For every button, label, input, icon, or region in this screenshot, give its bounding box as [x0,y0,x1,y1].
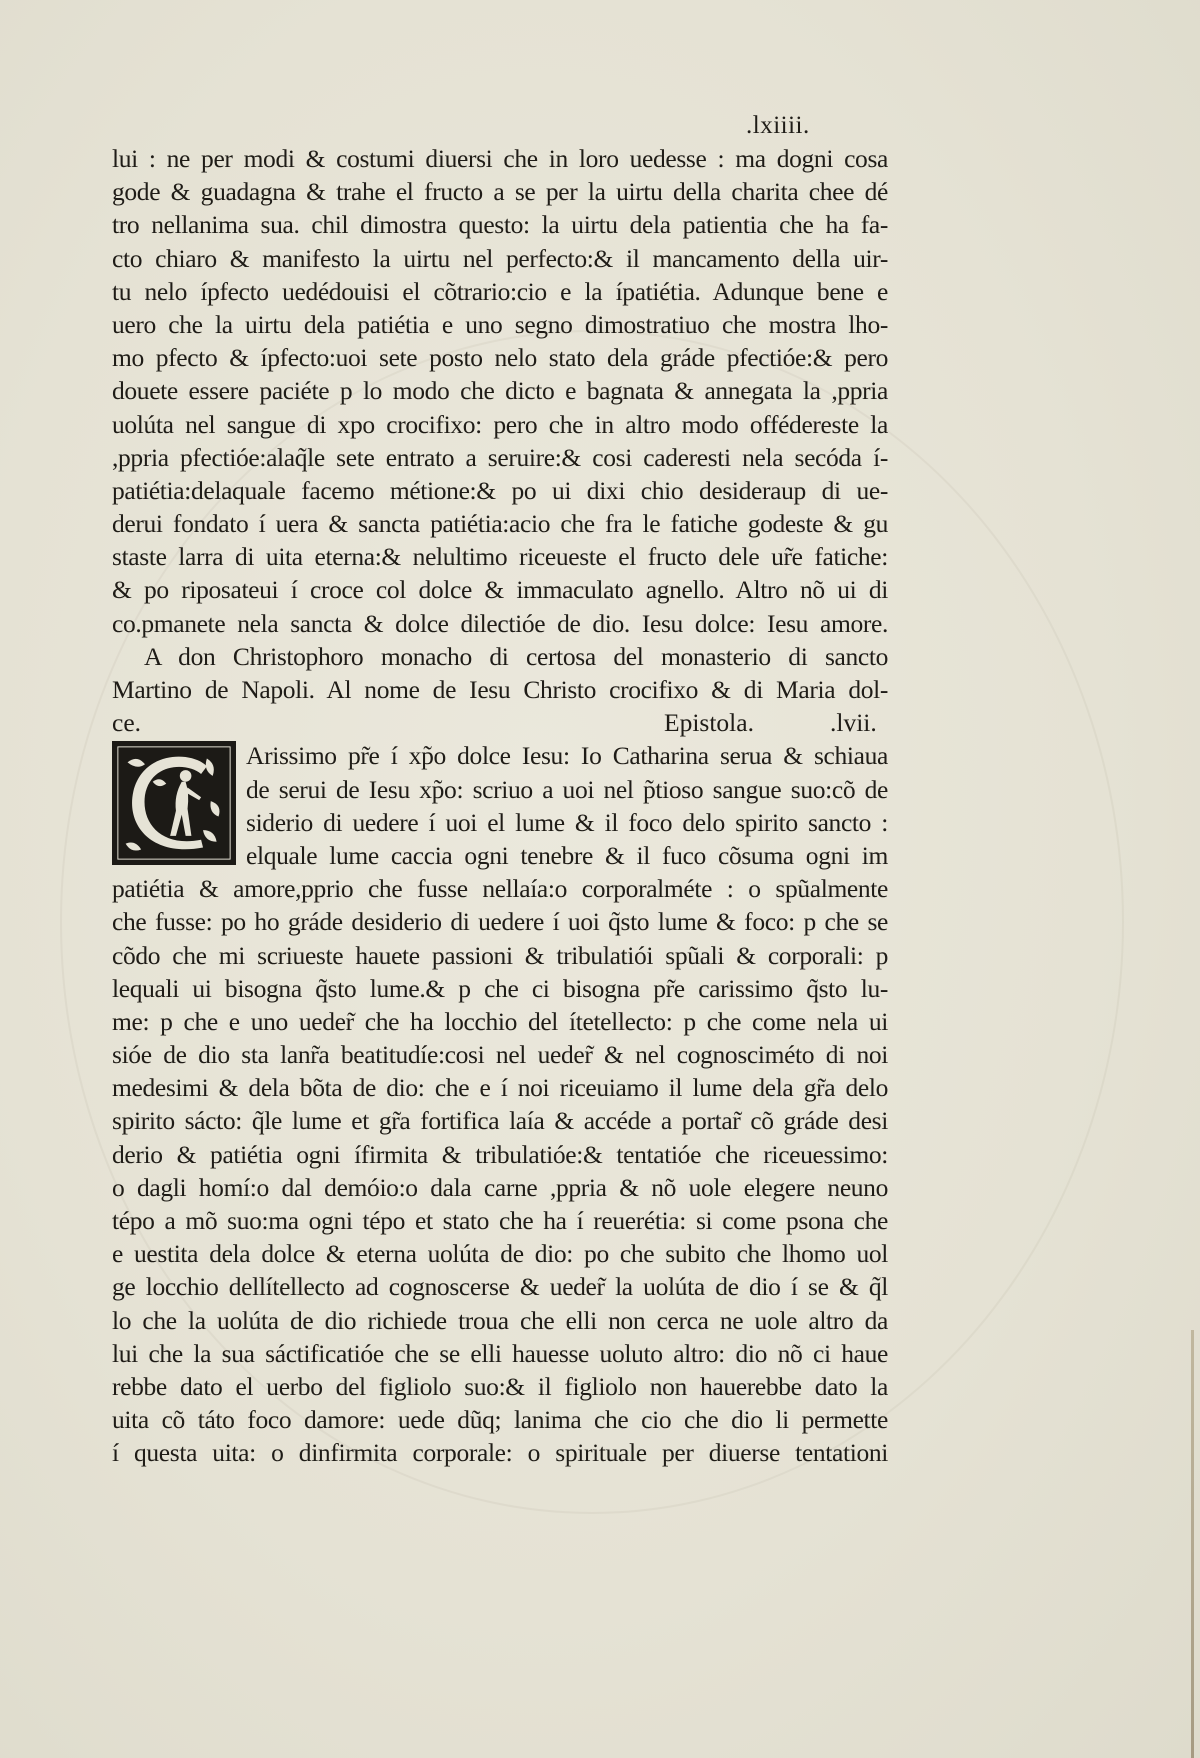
text-line: tro nellanima sua. chil dimostra questo:… [112,208,888,241]
heading-last-line: ce. Epistola. .lvii. [112,706,888,739]
text-line: ,ppria pfectióe:alaq̃le sete entrato a s… [112,441,888,474]
text-line: í questa uita: o dinfirmita corporale: o… [112,1436,888,1469]
text-line: tépo a mõ suo:ma ogni tépo et stato che … [112,1204,888,1237]
page-edge [1191,1330,1194,1758]
text-line: patiétia & amore,pprio che fusse nellaía… [112,872,888,905]
letter-heading: A don Christophoro monacho di certosa de… [112,640,888,740]
epistola-label: Epistola. [664,706,754,739]
text-block: lui : ne per modi & costumi diuersi che … [112,142,888,1470]
epistola-number: .lvii. [830,706,877,739]
heading-line: A don Christophoro monacho di certosa de… [112,640,888,673]
text-line: patiétia:delaquale facemo métione:& po u… [112,474,888,507]
text-line: tu nelo ípfecto uedédouisi el cõtrario:c… [112,275,888,308]
text-line: derio & patiétia ogni ífirmita & tribula… [112,1138,888,1171]
text-line: che fusse: po ho gráde desiderio di uede… [112,905,888,938]
text-line: uolúta nel sangue di xpo crocifixo: pero… [112,408,888,441]
text-line: sióe de dio sta lanr̃a beatitudíe:cosi n… [112,1038,888,1071]
folio-number: .lxiiii. [746,112,810,140]
text-line: ge locchio dellítellecto ad cognoscerse … [112,1270,888,1303]
text-line: cõdo che mi scriueste hauete passioni & … [112,939,888,972]
text-line: douete essere paciéte p lo modo che dict… [112,374,888,407]
text-line: uita cõ táto foco damore: uede dũq; lani… [112,1403,888,1436]
text-line: rebbe dato el uerbo del figliolo suo:& i… [112,1370,888,1403]
text-line: derui fondato í uera & sancta patiétia:a… [112,507,888,540]
text-line: gode & guadagna & trahe el fructo a se p… [112,175,888,208]
text-line: cto chiaro & manifesto la uirtu nel perf… [112,242,888,275]
text-line: spirito sácto: q̃le lume et gr̃a fortifi… [112,1104,888,1137]
heading-fragment: ce. [112,706,141,739]
text-line: lui : ne per modi & costumi diuersi che … [112,142,888,175]
text-line: medesimi & dela bõta de dio: che e í noi… [112,1071,888,1104]
text-line: uero che la uirtu dela patiétia e uno se… [112,308,888,341]
heading-line: Martino de Napoli. Al nome de Iesu Chris… [112,673,888,706]
text-line: co.pmanete nela sancta & dolce dilectióe… [112,607,888,640]
manuscript-page: .lxiiii. lui : ne per modi & costumi diu… [0,0,1200,1758]
text-line: lui che la sua sáctificatióe che se elli… [112,1337,888,1370]
text-line: & po riposateui í croce col dolce & imma… [112,573,888,606]
text-line: lo che la uolúta de dio richiede troua c… [112,1304,888,1337]
text-line: e uestita dela dolce & eterna uolúta de … [112,1237,888,1270]
text-line: lequali ui bisogna q̃sto lume.& p che ci… [112,972,888,1005]
text-line: me: p che e uno ueder̃ che ha locchio de… [112,1005,888,1038]
text-line: staste larra di uita eterna:& nelultimo … [112,540,888,573]
paragraph-continuation: lui : ne per modi & costumi diuersi che … [112,142,888,640]
text-line: mo pfecto & ípfecto:uoi sete posto nelo … [112,341,888,374]
letter-body: Arissimo pr̃e í xp̃o dolce Iesu: Io Cath… [112,739,888,1469]
text-line: o dagli homí:o dal demóio:o dala carne ,… [112,1171,888,1204]
decorated-initial-c-icon [112,741,236,865]
